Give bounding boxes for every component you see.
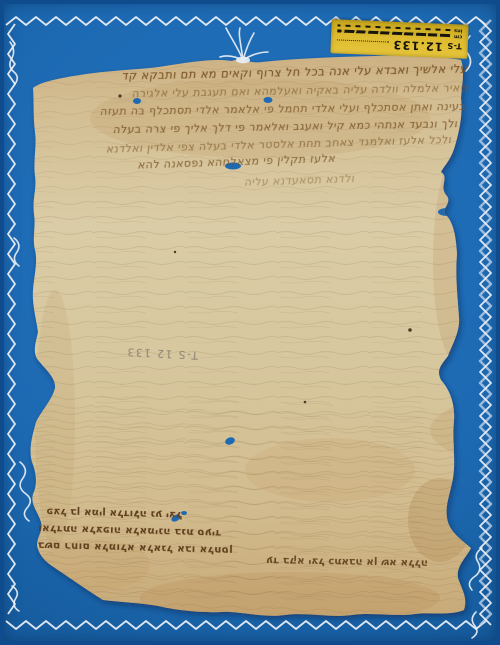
thread-knot [469, 548, 482, 590]
ink-speck [408, 328, 412, 332]
thread-knot [236, 57, 250, 64]
ink-speck [304, 401, 307, 404]
scale-bars [337, 24, 450, 38]
zigzag-border-left [8, 24, 15, 614]
unit-in-label: ins [454, 27, 462, 33]
scale-row: cm ins [337, 22, 462, 38]
scale-units: cm ins [454, 27, 463, 38]
classmark-number: 12.133 [392, 39, 443, 53]
dotted-line [337, 39, 389, 42]
verso-address-block: בשם רחום אלמולא אלאגל אבו אלחסן ואלדתה א… [37, 505, 243, 556]
classmark-prefix: T-S [447, 41, 462, 51]
ruler-label: T-S 12.133 cm ins [330, 19, 468, 59]
photo-of-manuscript: עלי אלשיך ואבדא עלי אנה בכל חל צרוף וקאי… [0, 0, 500, 645]
hole [438, 208, 456, 216]
ink-speck [174, 251, 176, 253]
thread-knot [20, 462, 30, 521]
thread-tassel [220, 28, 268, 60]
zigzag-border-bottom [6, 621, 486, 629]
verso-line: ואלדתה אלצפוה אלאמינה בנת סעיד [38, 522, 243, 539]
scale-bar-cm [337, 30, 450, 37]
classmark-row: T-S 12.133 [336, 36, 461, 55]
unit-cm-label: cm [454, 33, 462, 39]
thread-knot [472, 612, 477, 638]
